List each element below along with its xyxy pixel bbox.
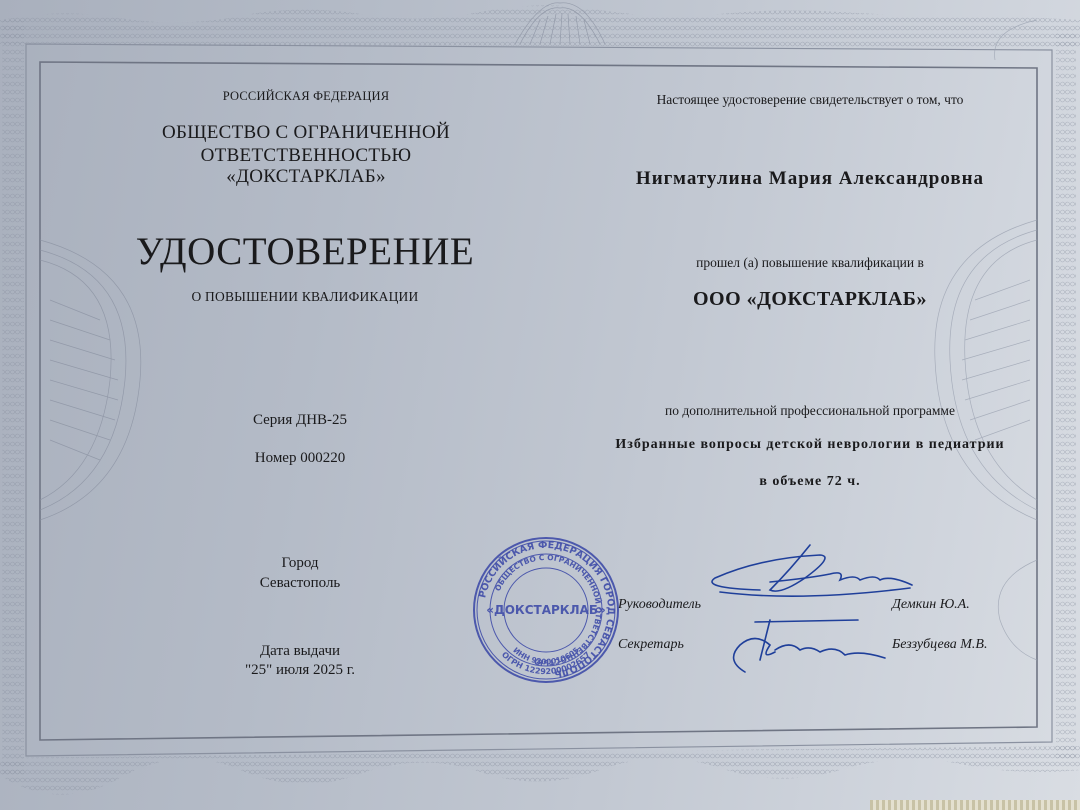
document-subtitle: О ПОВЫШЕНИИ КВАЛИФИКАЦИИ	[150, 289, 460, 305]
program-volume: в объеме 72 ч.	[610, 474, 1010, 490]
stamp-center-text: «ДОКСТАРКЛАБ»	[486, 603, 605, 617]
city-label: Город	[200, 555, 400, 572]
org-name-line3: «ДОКСТАРКЛАБ»	[156, 165, 456, 188]
program-title: Избранные вопросы детской неврологии в п…	[590, 437, 1030, 453]
director-signature-icon	[712, 545, 912, 596]
city-value: Севастополь	[200, 575, 400, 592]
director-name: Демкин Ю.А.	[892, 597, 970, 613]
org-name-line1: ОБЩЕСТВО С ОГРАНИЧЕННОЙ	[156, 121, 456, 144]
issue-date-label: Дата выдачи	[200, 643, 400, 660]
org-name-line2: ОТВЕТСТВЕННОСТЬЮ	[156, 144, 456, 167]
certificate-number: Номер 000220	[200, 450, 400, 467]
country-label: РОССИЙСКАЯ ФЕДЕРАЦИЯ	[156, 89, 456, 104]
program-intro: по дополнительной профессиональной прогр…	[600, 403, 1020, 419]
secretary-signature-icon	[734, 620, 885, 672]
official-stamp: РОССИЙСКАЯ ФЕДЕРАЦИЯ ГОРОД СЕВАСТОПОЛЬ О…	[470, 534, 622, 686]
document-title: УДОСТОВЕРЕНИЕ	[130, 229, 480, 274]
director-role: Руководитель	[618, 597, 701, 613]
holder-name: Нигматулина Мария Александровна	[600, 168, 1020, 190]
series-number: Серия ДНВ-25	[200, 412, 400, 429]
completed-text: прошел (а) повышение квалификации в	[610, 255, 1010, 271]
secretary-name: Беззубцева М.В.	[892, 637, 987, 653]
intro-text: Настоящее удостоверение свидетельствует …	[600, 92, 1020, 108]
certificate-sheet: РОССИЙСКАЯ ФЕДЕРАЦИЯ ОБЩЕСТВО С ОГРАНИЧЕ…	[0, 0, 1080, 810]
background-surface	[870, 800, 1080, 810]
institution-name: ООО «ДОКСТАРКЛАБ»	[610, 288, 1010, 311]
issue-date-value: "25" июля 2025 г.	[200, 662, 400, 679]
secretary-role: Секретарь	[618, 637, 684, 653]
